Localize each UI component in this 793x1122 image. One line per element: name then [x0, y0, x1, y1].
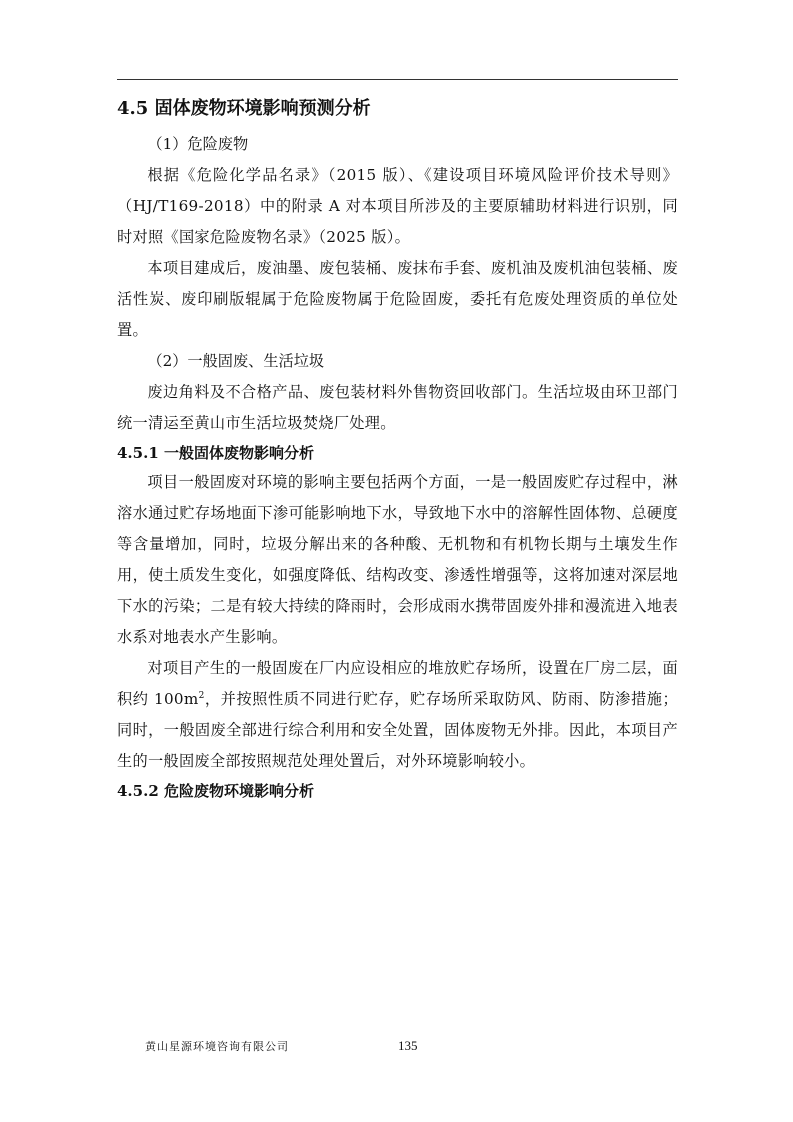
header-rule	[117, 79, 678, 80]
paragraph: 本项目建成后，废油墨、废包装桶、废抹布手套、废机油及废机油包装桶、废活性炭、废印…	[117, 253, 678, 346]
footer-company: 黄山星源环境咨询有限公司	[145, 1038, 289, 1054]
paragraph: 废边角料及不合格产品、废包装材料外售物资回收部门。生活垃圾由环卫部门统一清运至黄…	[117, 377, 678, 439]
paragraph: 项目一般固废对环境的影响主要包括两个方面，一是一般固废贮存过程中，淋溶水通过贮存…	[117, 467, 678, 653]
paragraph: 对项目产生的一般固废在厂内应设相应的堆放贮存场所，设置在厂房二层，面积约 100…	[117, 653, 678, 777]
subheading-hazardous-waste: （1）危险废物	[117, 129, 678, 160]
subsection-heading-4-5-1: 4.5.1 一般固体废物影响分析	[117, 439, 678, 467]
paragraph-text: ，并按照性质不同进行贮存，贮存场所采取防风、防雨、防渗措施；同时，一般固废全部进…	[117, 690, 678, 770]
page-number: 135	[398, 1038, 418, 1054]
subheading-general-waste: （2）一般固废、生活垃圾	[117, 346, 678, 377]
paragraph: 根据《危险化学品名录》（2015 版）、《建设项目环境风险评价技术导则》（HJ/…	[117, 160, 678, 253]
subsection-heading-4-5-2: 4.5.2 危险废物环境影响分析	[117, 777, 678, 805]
page-content: 4.5 固体废物环境影响预测分析 （1）危险废物 根据《危险化学品名录》（201…	[117, 94, 678, 805]
section-heading: 4.5 固体废物环境影响预测分析	[117, 94, 678, 124]
